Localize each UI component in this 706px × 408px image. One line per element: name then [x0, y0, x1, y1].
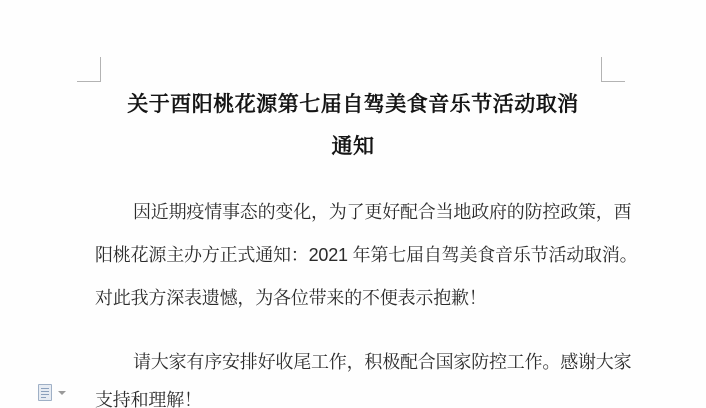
document-title-line2: 通知: [0, 130, 706, 160]
paragraph1-line1: 因近期疫情事态的变化，为了更好配合当地政府的防控政策，酉: [95, 198, 663, 224]
document-title-line1: 关于酉阳桃花源第七届自驾美食音乐节活动取消: [0, 88, 706, 118]
chevron-down-icon: [58, 391, 66, 395]
margin-mark-top-left-icon: [77, 57, 101, 82]
paragraph2-line2: 支持和理解！: [95, 386, 625, 408]
paste-options-button[interactable]: [36, 383, 70, 403]
paste-options-clipboard-icon: [38, 384, 52, 401]
paragraph1-line3: 对此我方深表遗憾，为各位带来的不便表示抱歉！: [95, 284, 625, 310]
paragraph2-line1: 请大家有序安排好收尾工作，积极配合国家防控工作。感谢大家: [95, 348, 663, 374]
margin-mark-top-right-icon: [601, 57, 625, 82]
paragraph1-line2: 阳桃花源主办方正式通知：2021 年第七届自驾美食音乐节活动取消。: [95, 241, 625, 267]
document-page: 关于酉阳桃花源第七届自驾美食音乐节活动取消 通知 因近期疫情事态的变化，为了更好…: [0, 0, 706, 408]
